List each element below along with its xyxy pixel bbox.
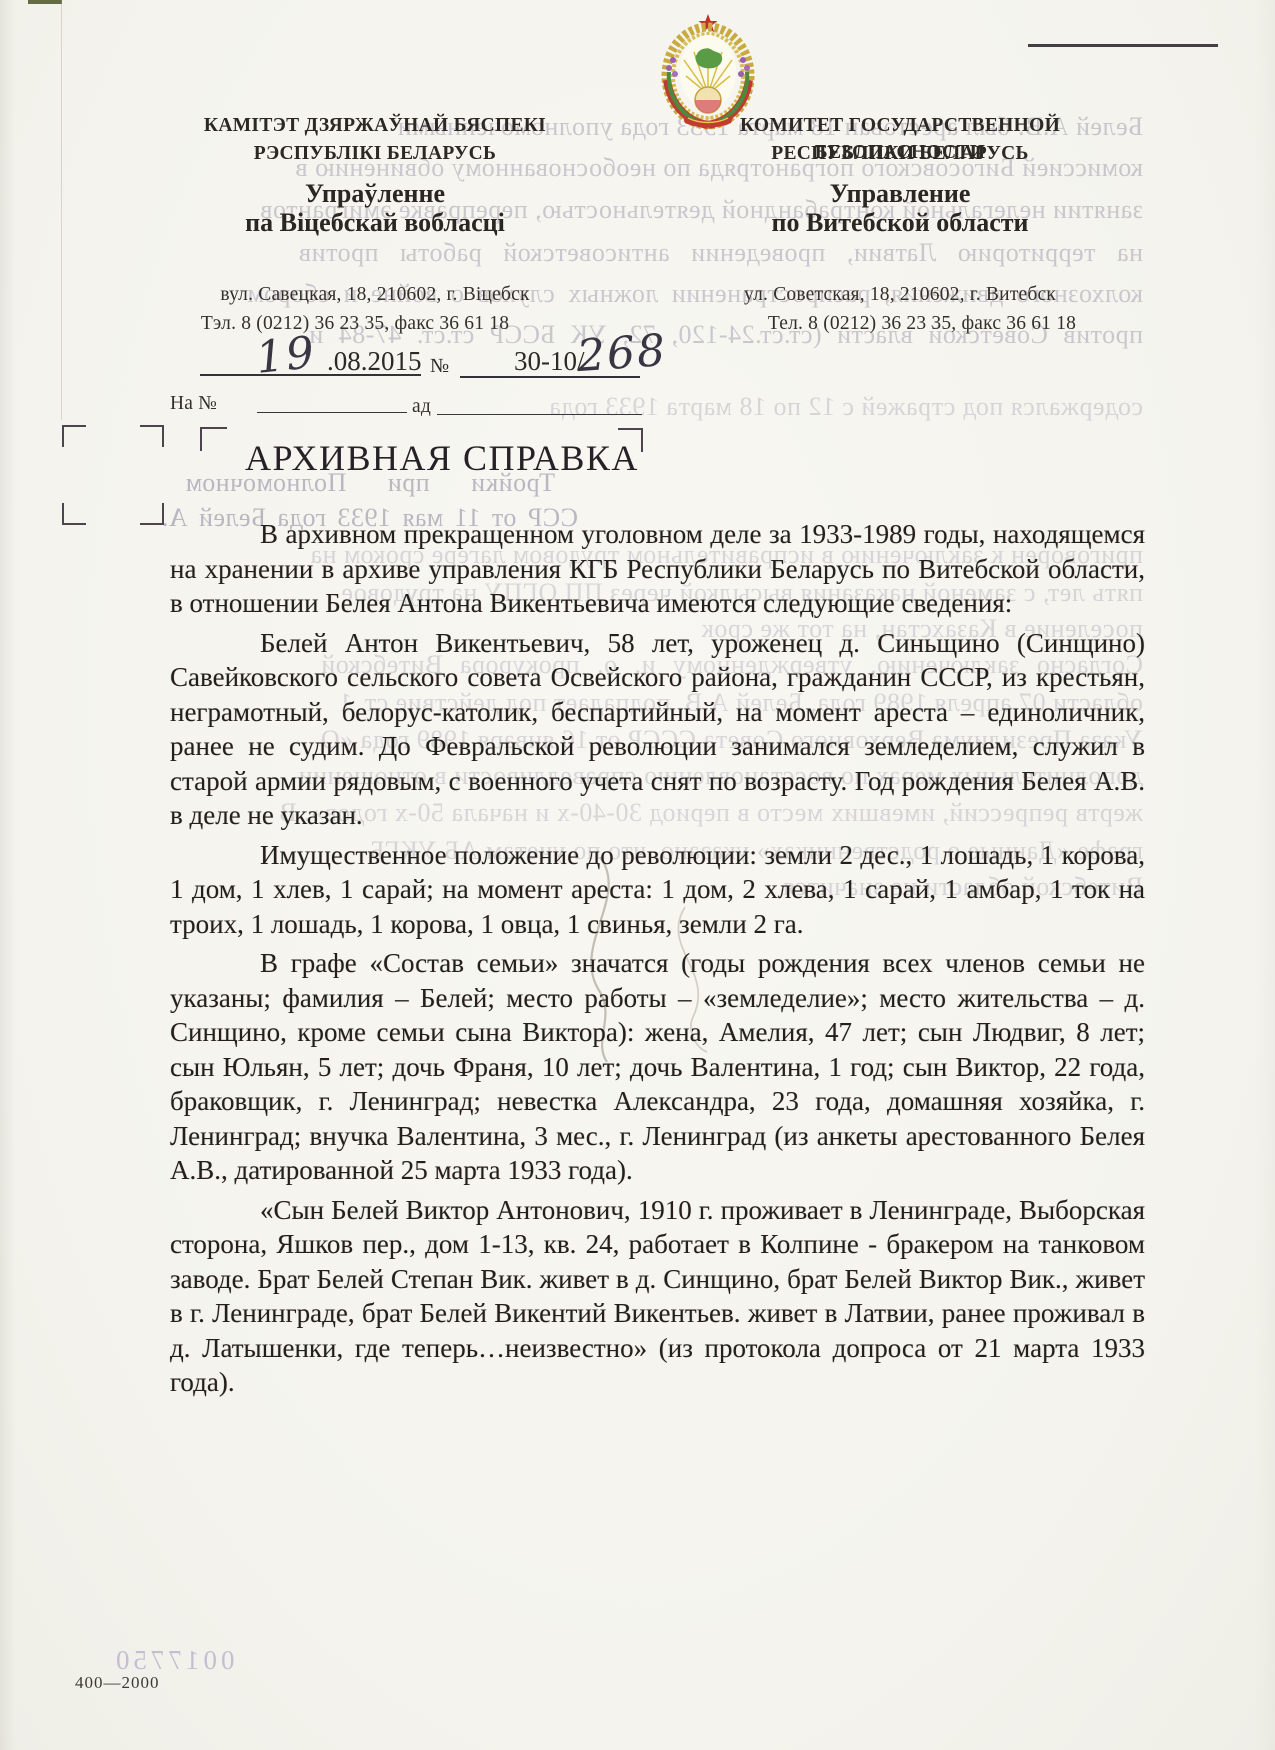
document-scan: Белей А.В. был арестован 18 марта 1933 г… [0,0,1275,1750]
corner-bracket [62,425,86,447]
number-sign: № [430,355,449,378]
reply-date-underline [437,414,642,415]
paragraph-property: Имущественное положение до революции: зе… [170,838,1145,942]
corner-bracket [200,427,227,451]
document-body: В архивном прекращенном уголовном деле з… [170,517,1145,1405]
date-underline [200,374,421,376]
paragraph-family: В графе «Состав семьи» значатся (годы ро… [170,946,1145,1188]
print-run-code: 400—2000 [75,1673,160,1693]
letterhead-left-org-line2: РЭСПУБЛІКІ БЕЛАРУСЬ [165,140,585,167]
letterhead-left-dept-line2: па Віцебскай вобласці [165,209,585,237]
paragraph-person: Белей Антон Викентьевич, 58 лет, урожене… [170,626,1145,833]
letterhead-left-org-line1: КАМІТЭТ ДЗЯРЖАЎНАЙ БЯСПЕКІ [165,112,585,139]
printed-date: .08.2015 [327,346,422,377]
handwritten-number: 268 [575,325,668,382]
scan-edge-mark [28,0,62,4]
letterhead-right-dept-line1: Управление [688,180,1112,208]
reply-number-underline [257,412,407,413]
corner-bracket [140,425,164,447]
letterhead-right-dept-line2: по Витебской области [688,209,1112,237]
letterhead-left-address: вул. Савецкая, 18, 210602, г. Віцебск [165,284,585,306]
bleedthrough-stamp-number: 0017750 [112,1645,235,1676]
reply-from-label: ад [412,396,431,418]
bleedthrough-line: содержался под стражей с 12 по 18 марта … [130,392,1143,422]
page-title: АРХИВНАЯ СПРАВКА [245,437,639,479]
corner-bracket [62,503,86,525]
letterhead-left-dept-line1: Упраўленне [165,180,585,208]
top-right-rule [1028,44,1218,47]
number-underline [460,376,640,378]
reply-to-label: На № [170,393,217,415]
bleedthrough-line: на территорию Латвии, проведении антисов… [130,238,1143,268]
letterhead-left-phone: Тэл. 8 (0212) 36 23 35, факс 36 61 18 [145,313,565,335]
letterhead-right-address: ул. Советская, 18, 210602, г. Витебск [688,284,1112,306]
printed-number: 30-10/ [514,346,585,377]
letterhead-right-org-line2: РЕСПУБЛИКИ БЕЛАРУСЬ [688,140,1112,167]
corner-bracket [140,503,164,525]
paragraph-intro: В архивном прекращенном уголовном деле з… [170,517,1145,621]
letterhead-right-phone: Тел. 8 (0212) 36 23 35, факс 36 61 18 [710,313,1134,335]
paper-crease [61,0,62,420]
paragraph-quote: «Сын Белей Виктор Антонович, 1910 г. про… [170,1193,1145,1400]
